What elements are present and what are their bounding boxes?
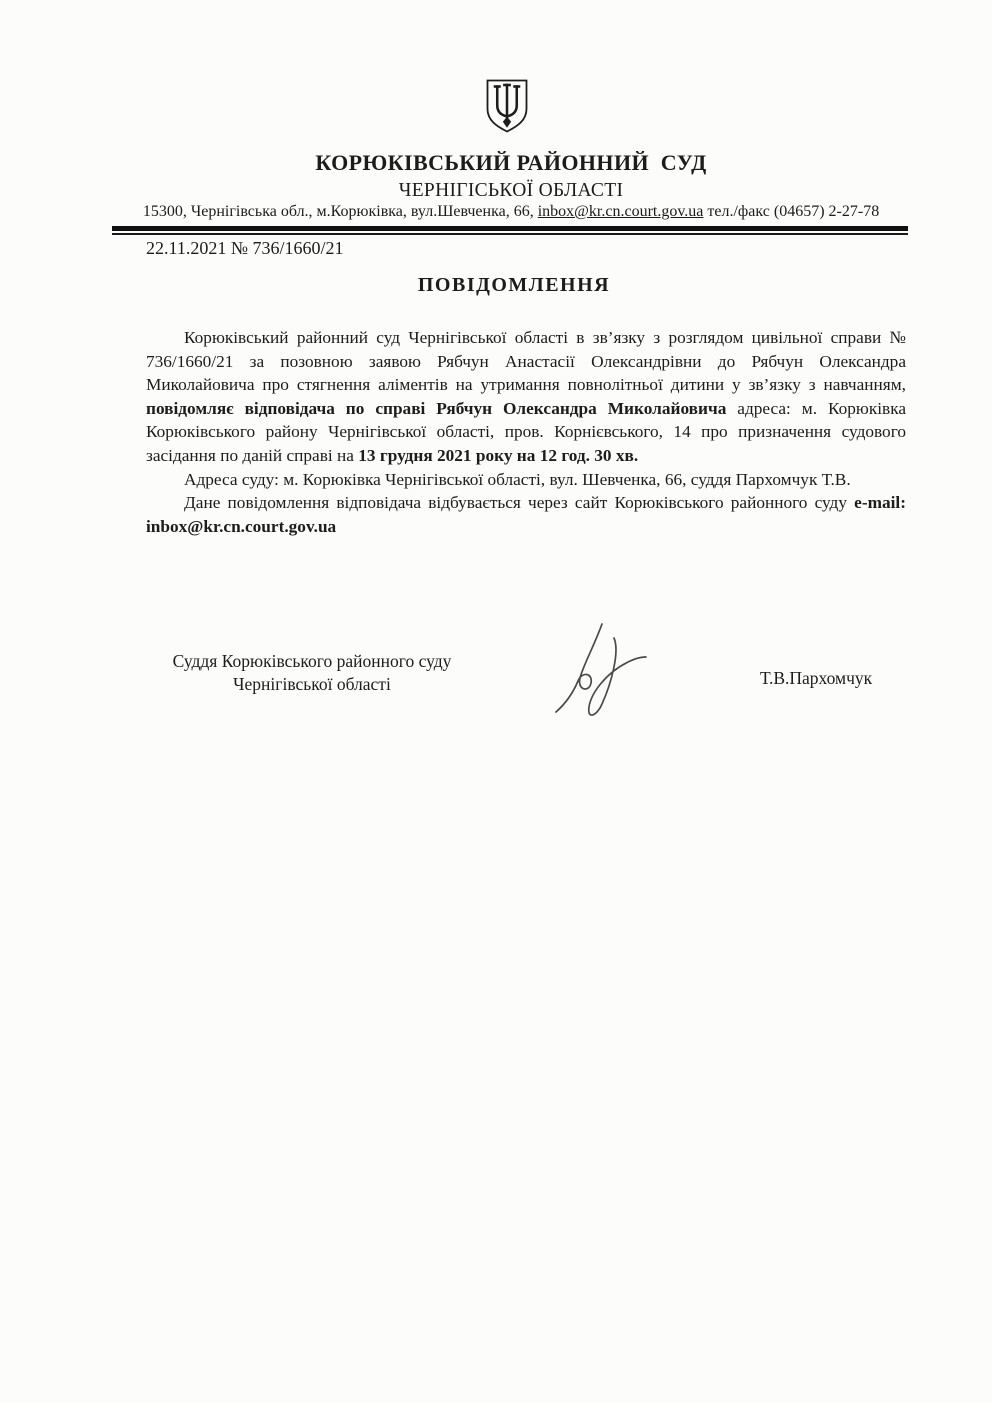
p1-bold-hearing-date: 13 грудня 2021 року на 12 год. 30 хв.: [358, 446, 638, 465]
p1-text: Корюківський районний суд Чернігівської …: [146, 328, 906, 394]
court-name: КОРЮКІВСЬКИЙ РАЙОННИЙ СУД: [15, 150, 992, 176]
judge-title-line1: Суддя Корюківського районного суду: [146, 650, 478, 673]
paragraph-case-notification: Корюківський районний суд Чернігівської …: [146, 326, 906, 468]
ukraine-trident-icon: [484, 79, 530, 133]
court-phone-fax: тел./факс (04657) 2-27-78: [703, 203, 879, 220]
document-title: ПОВІДОМЛЕННЯ: [18, 274, 992, 297]
paragraph-notification-method: Дане повідомлення відповідача відбуваєть…: [146, 491, 906, 538]
court-email-link[interactable]: inbox@kr.cn.court.gov.ua: [538, 203, 704, 220]
handwritten-signature-icon: [540, 610, 655, 728]
document-date-number: 22.11.2021 № 736/1660/21: [146, 238, 344, 259]
court-contact-line: 15300, Чернігівська обл., м.Корюківка, в…: [15, 203, 992, 221]
p3-text: Дане повідомлення відповідача відбуваєть…: [184, 493, 854, 512]
scanned-court-notice: КОРЮКІВСЬКИЙ РАЙОННИЙ СУД ЧЕРНІГІСЬКОЇ О…: [0, 0, 992, 1403]
judge-title-line2: Чернігівської області: [146, 673, 478, 696]
header-divider-rule: [112, 226, 908, 235]
court-address: 15300, Чернігівська обл., м.Корюківка, в…: [143, 203, 538, 220]
p1-bold-respondent: повідомляє відповідача по справі Рябчун …: [146, 399, 726, 418]
document-body: Корюківський районний суд Чернігівської …: [146, 326, 906, 538]
judge-name: Т.В.Пархомчук: [760, 668, 872, 689]
paragraph-court-address: Адреса суду: м. Корюківка Чернігівської …: [146, 468, 906, 492]
court-region: ЧЕРНІГІСЬКОЇ ОБЛАСТІ: [15, 180, 992, 202]
signature-title-block: Суддя Корюківського районного суду Черні…: [146, 650, 478, 696]
